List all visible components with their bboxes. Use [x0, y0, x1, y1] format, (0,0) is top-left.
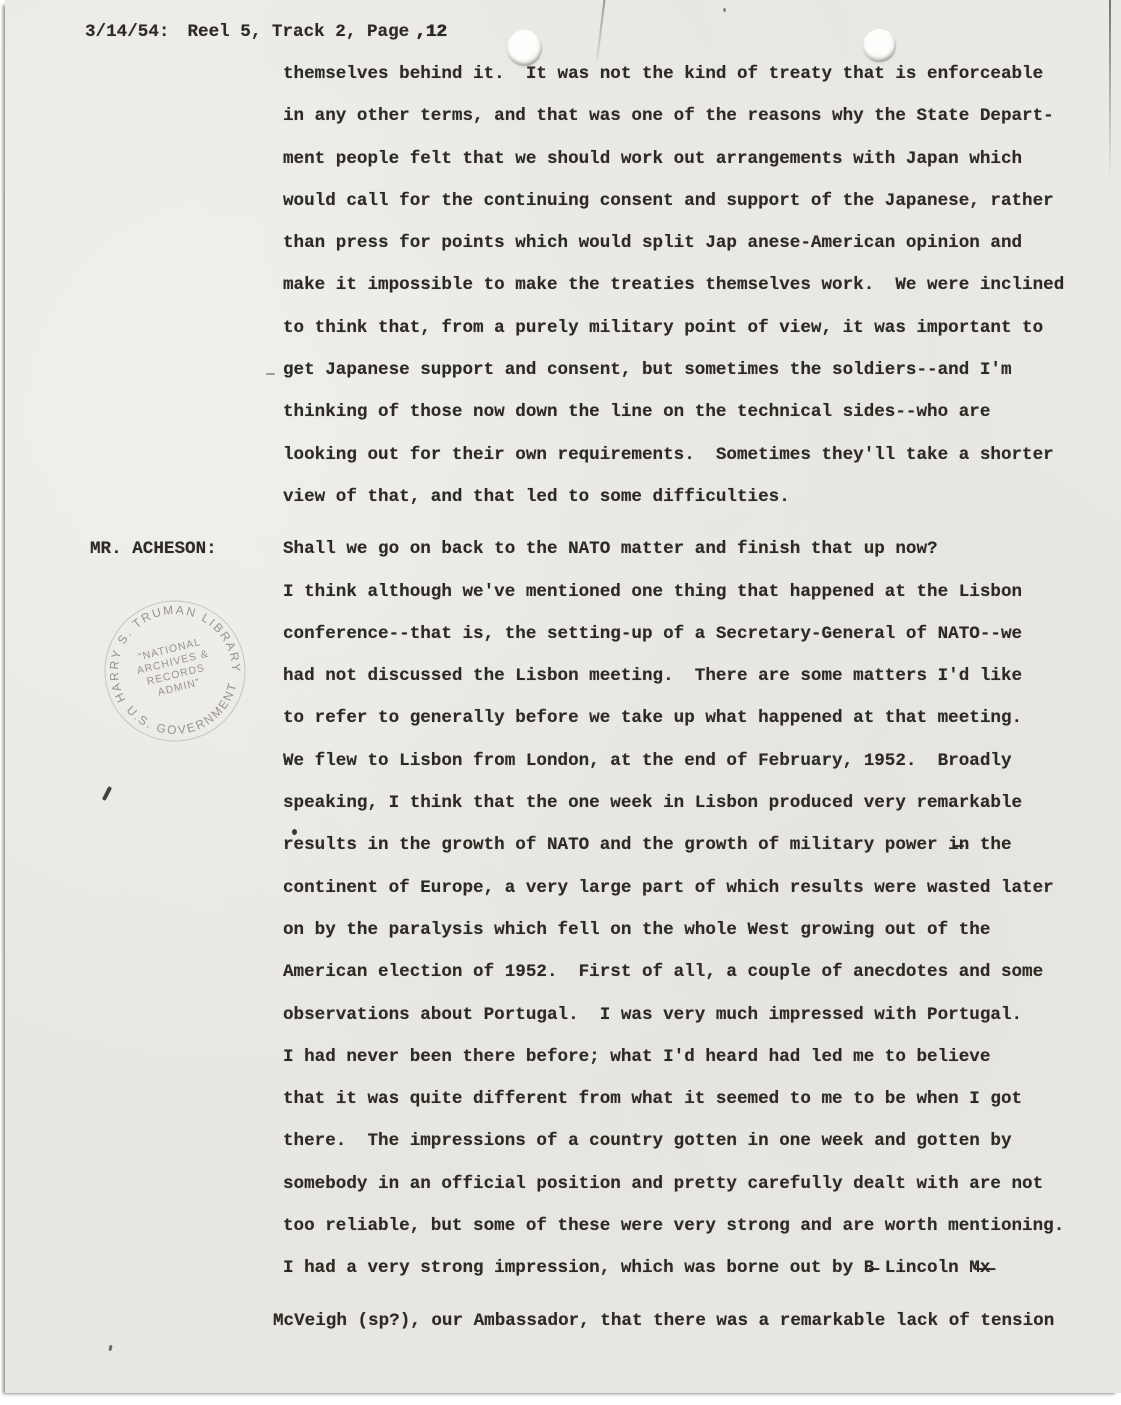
line-text: themselves behind it. It was not the kin… [283, 64, 1043, 84]
text-line: there. The impressions of a country gott… [283, 1120, 1064, 1162]
body-lines: themselves behind it. It was not the kin… [283, 53, 1064, 1342]
text-line: themselves behind it. It was not the kin… [283, 53, 1064, 95]
margin-tick-mark [108, 1345, 112, 1351]
text-line: had not discussed the Lisbon meeting. Th… [283, 655, 1064, 697]
paper-edge-line [1109, 0, 1111, 180]
text-line: MR. ACHESON:Shall we go on back to the N… [283, 528, 1064, 570]
text-line: continent of Europe, a very large part o… [283, 867, 1064, 909]
line-text: McVeigh (sp?), our Ambassador, that ther… [273, 1311, 1054, 1331]
line-text: looking out for their own requirements. … [283, 445, 1054, 465]
header-reel-track-label: Reel 5, Track 2, Page [187, 22, 409, 42]
text-line: to think that, from a purely military po… [283, 307, 1064, 349]
line-text: American election of 1952. First of all,… [283, 962, 1043, 982]
line-text: Shall we go on back to the NATO matter a… [283, 539, 938, 559]
page-header: 3/14/54:Reel 5, Track 2, Page,12 [85, 22, 447, 42]
paper-sheet: 3/14/54:Reel 5, Track 2, Page,12 HARRY S… [5, 0, 1121, 1393]
text-line: on by the paralysis which fell on the wh… [283, 909, 1064, 951]
text-line: would call for the continuing consent an… [283, 180, 1064, 222]
margin-dash-mark [266, 373, 275, 375]
text-line: looking out for their own requirements. … [283, 434, 1064, 476]
text-line: I had a very strong impression, which wa… [283, 1247, 1064, 1289]
header-date: 3/14/54: [85, 22, 169, 42]
line-text: there. The impressions of a country gott… [283, 1131, 1012, 1151]
line-text: I had never been there before; what I'd … [283, 1047, 990, 1067]
line-text: had not discussed the Lisbon meeting. Th… [283, 666, 1022, 686]
line-text: speaking, I think that the one week in L… [283, 793, 1022, 813]
line-text: I think although we've mentioned one thi… [283, 582, 1022, 602]
text-line: I think although we've mentioned one thi… [283, 571, 1064, 613]
text-line: to refer to generally before we take up … [283, 697, 1064, 739]
text-line: speaking, I think that the one week in L… [283, 782, 1064, 824]
header-page-number: ,12 [415, 22, 447, 42]
line-text: make it impossible to make the treaties … [283, 275, 1064, 295]
line-text: than press for points which would split … [283, 233, 1022, 253]
text-line: view of that, and that led to some diffi… [283, 476, 1064, 518]
line-text: to refer to generally before we take up … [283, 708, 1022, 728]
line-text: would call for the continuing consent an… [283, 191, 1054, 211]
text-line: American election of 1952. First of all,… [283, 951, 1064, 993]
line-text: observations about Portugal. I was very … [283, 1005, 1022, 1025]
line-text: somebody in an official position and pre… [283, 1174, 1043, 1194]
truman-library-archive-stamp: HARRY S. TRUMAN LIBRARY U.S. GOVERNMENT … [100, 596, 250, 746]
text-line: too reliable, but some of these were ver… [283, 1205, 1064, 1247]
line-text: continent of Europe, a very large part o… [283, 878, 1054, 898]
text-line: in any other terms, and that was one of … [283, 95, 1064, 137]
line-text: results in the growth of NATO and the gr… [283, 835, 1012, 855]
line-text: in any other terms, and that was one of … [283, 106, 1054, 126]
text-line: ment people felt that we should work out… [283, 138, 1064, 180]
text-line: results in the growth of NATO and the gr… [283, 824, 1064, 866]
text-line: thinking of those now down the line on t… [283, 391, 1064, 433]
line-text: conference--that is, the setting-up of a… [283, 624, 1022, 644]
pen-check-mark [102, 786, 112, 801]
line-text: to think that, from a purely military po… [283, 318, 1043, 338]
line-text: on by the paralysis which fell on the wh… [283, 920, 990, 940]
line-text: thinking of those now down the line on t… [283, 402, 990, 422]
scanned-transcript-page: { "document": { "header": { "date": "3/1… [0, 0, 1121, 1405]
text-line: make it impossible to make the treaties … [283, 264, 1064, 306]
text-line: McVeigh (sp?), our Ambassador, that ther… [273, 1300, 1064, 1342]
line-text: view of that, and that led to some diffi… [283, 487, 790, 507]
text-line: observations about Portugal. I was very … [283, 994, 1064, 1036]
line-text: get Japanese support and consent, but so… [283, 360, 1012, 380]
text-line: I had never been there before; what I'd … [283, 1036, 1064, 1078]
speaker-label: MR. ACHESON: [90, 528, 217, 570]
line-text: that it was quite different from what it… [283, 1089, 1022, 1109]
line-text: ment people felt that we should work out… [283, 149, 1022, 169]
paper-crease-mark [596, 0, 606, 59]
line-text: We flew to Lisbon from London, at the en… [283, 751, 1012, 771]
text-line: that it was quite different from what it… [283, 1078, 1064, 1120]
text-line: get Japanese support and consent, but so… [283, 349, 1064, 391]
text-line: We flew to Lisbon from London, at the en… [283, 740, 1064, 782]
text-line: than press for points which would split … [283, 222, 1064, 264]
line-text: too reliable, but some of these were ver… [283, 1216, 1064, 1236]
text-line: somebody in an official position and pre… [283, 1163, 1064, 1205]
line-text: I had a very strong impression, which wa… [283, 1258, 990, 1278]
text-line: conference--that is, the setting-up of a… [283, 613, 1064, 655]
ink-dot-mark [723, 8, 726, 12]
